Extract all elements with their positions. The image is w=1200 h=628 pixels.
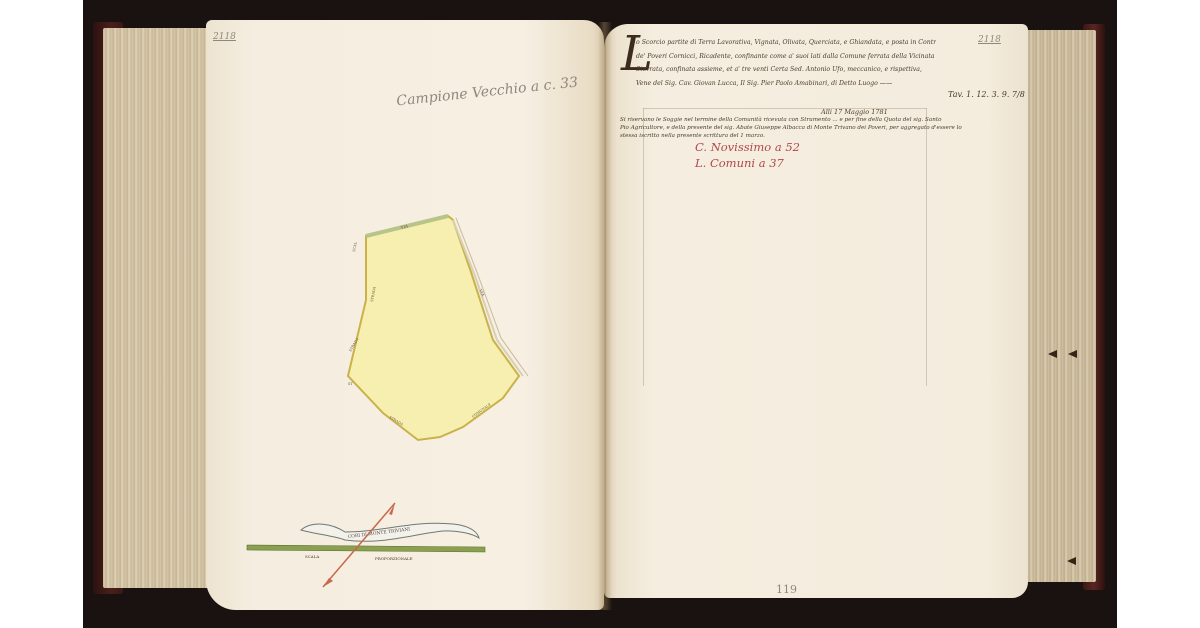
red-annotation-comuni: L. Comuni a 37 xyxy=(695,156,784,170)
register-entry: o Scorcio partite di Terra Lavorativa, V… xyxy=(636,36,936,90)
entry-line: Vene del Sig. Cav. Giovan Lucca, Il Sig.… xyxy=(636,77,936,91)
scale-label-left: SCALA xyxy=(305,554,319,559)
scale-bar xyxy=(247,545,485,552)
note-date: Alli 17 Maggio 1781 xyxy=(821,108,888,116)
scale-label-right: PROPORZIONALE xyxy=(375,556,413,561)
entry-line: Sterrata, confinata assieme, et a' tre v… xyxy=(636,63,936,77)
entry-line: o Scorcio partite di Terra Lavorativa, V… xyxy=(636,36,936,50)
note-line: Si riservano le Soggie nel termine della… xyxy=(620,116,1020,124)
page-number: 119 xyxy=(776,583,797,596)
annotation-note: Si riservano le Soggie nel termine della… xyxy=(620,116,1020,140)
north-arrow-icon xyxy=(323,503,395,587)
note-line: Pio Agricultore, e della presente del si… xyxy=(620,124,1020,132)
book-photograph: 2118 Campione Vecchio a c. 33 VIA VIA SC… xyxy=(83,0,1117,628)
red-annotation-novissimo: C. Novissimo a 52 xyxy=(695,140,800,154)
area-measurement: Tav. 1. 12. 3. 9. 7/8 xyxy=(948,90,1025,99)
parcel-label-left-upper: SCAL xyxy=(352,241,358,252)
note-line: stessa iscritto nella presente scrittura… xyxy=(620,132,1020,140)
entry-line: de' Poveri Cornicci, Ricadente, confinan… xyxy=(636,50,936,64)
parcel-label-bottom-left: ST xyxy=(348,382,353,386)
right-folio-number: 2118 xyxy=(978,35,1001,45)
